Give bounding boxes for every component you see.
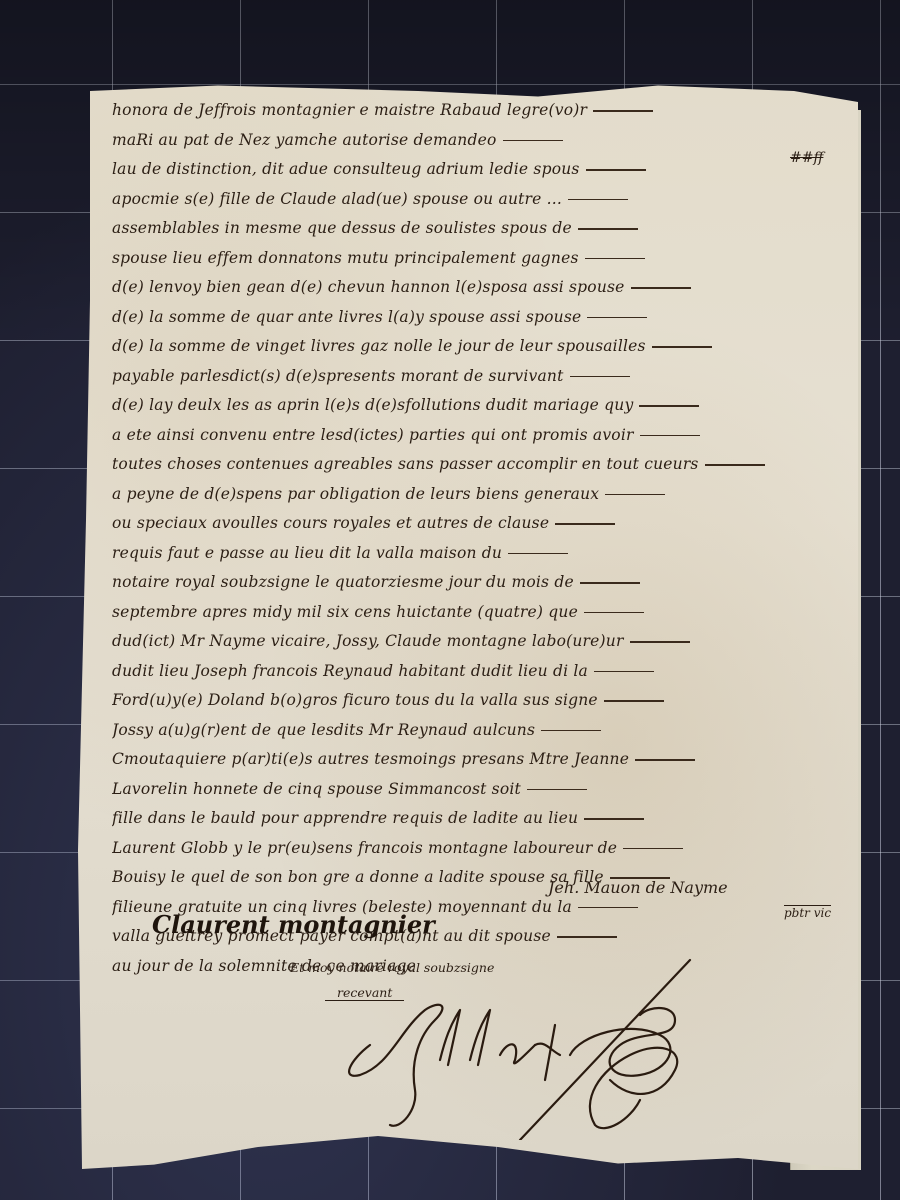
- text-line: assemblables in mesme que dessus de soul…: [112, 214, 850, 244]
- text-line: Lavorelin honnete de cinq spouse Simmanc…: [112, 775, 850, 805]
- text-line: ou speciaux avoulles cours royales et au…: [112, 509, 850, 539]
- text-line: honora de Jeffrois montagnier e maistre …: [112, 96, 850, 126]
- text-line: spouse lieu effem donnatons mutu princip…: [112, 244, 850, 274]
- text-line: d(e) lenvoy bien gean d(e) chevun hannon…: [112, 273, 850, 303]
- text-line: Laurent Globb y le pr(eu)sens francois m…: [112, 834, 850, 864]
- text-line: Jossy a(u)g(r)ent de que lesdits Mr Reyn…: [112, 716, 850, 746]
- text-line: d(e) la somme de vinget livres gaz nolle…: [112, 332, 850, 362]
- text-line: septembre apres midy mil six cens huicta…: [112, 598, 850, 628]
- manuscript-text: honora de Jeffrois montagnier e maistre …: [112, 96, 850, 981]
- text-line: dud(ict) Mr Nayme vicaire, Jossy, Claude…: [112, 627, 850, 657]
- text-line: d(e) la somme de quar ante livres l(a)y …: [112, 303, 850, 333]
- text-line: Ford(u)y(e) Doland b(o)gros ficuro tous …: [112, 686, 850, 716]
- text-line: a peyne de d(e)spens par obligation de l…: [112, 480, 850, 510]
- notary-signature-flourish: [330, 950, 770, 1140]
- priest-signature: Jeh. Mauon de Nayme: [548, 878, 728, 897]
- text-line: Bouisy le quel de son bon gre a donne a …: [112, 863, 850, 893]
- text-line: apocmie s(e) fille de Claude alad(ue) sp…: [112, 185, 850, 215]
- text-line: requis faut e passe au lieu dit la valla…: [112, 539, 850, 569]
- text-line: notaire royal soubzsigne le quatorziesme…: [112, 568, 850, 598]
- text-line: dudit lieu Joseph francois Reynaud habit…: [112, 657, 850, 687]
- text-line: a ete ainsi convenu entre lesd(ictes) pa…: [112, 421, 850, 451]
- party-signature: Claurent montagnier: [152, 910, 435, 939]
- text-line: payable parlesdict(s) d(e)spresents mora…: [112, 362, 850, 392]
- text-line: Cmoutaquiere p(ar)ti(e)s autres tesmoing…: [112, 745, 850, 775]
- text-line: maRi au pat de Nez yamche autorise deman…: [112, 126, 850, 156]
- text-line: lau de distinction, dit adue consulteug …: [112, 155, 850, 185]
- text-line: toutes choses contenues agreables sans p…: [112, 450, 850, 480]
- text-line: d(e) lay deulx les as aprin l(e)s d(e)sf…: [112, 391, 850, 421]
- text-line: fille dans le bauld pour apprendre requi…: [112, 804, 850, 834]
